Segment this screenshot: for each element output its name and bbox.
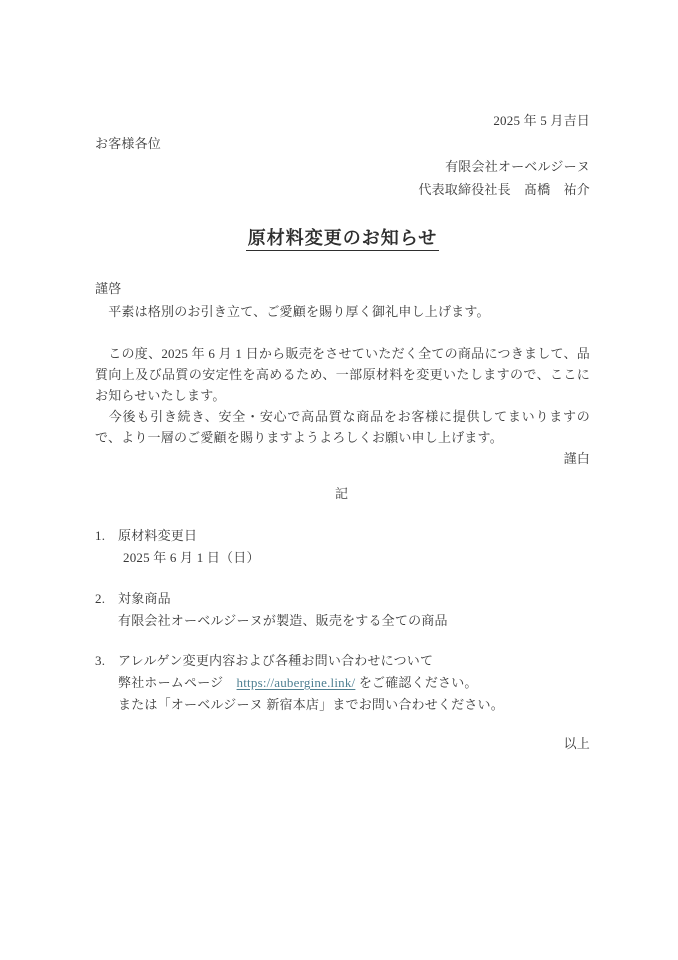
item-heading: 対象商品	[118, 591, 171, 606]
record-marker: 記	[95, 483, 590, 505]
item-number: 1.	[95, 525, 118, 547]
body-paragraph-2: 今後も引き続き、安全・安心で高品質な商品をお客様に提供してまいりますので、より一…	[95, 406, 590, 448]
item-heading: アレルゲン変更内容および各種お問い合わせについて	[118, 653, 433, 668]
homepage-label: 弊社ホームページ	[118, 675, 237, 690]
list-item-change-date: 1.原材料変更日 2025 年 6 月 1 日（日）	[95, 525, 590, 569]
item-number: 2.	[95, 588, 118, 610]
confirm-text: をご確認ください。	[355, 675, 477, 690]
item-heading: 原材料変更日	[118, 528, 197, 543]
list-item-allergen-contact: 3.アレルゲン変更内容および各種お問い合わせについて 弊社ホームページ http…	[95, 650, 590, 716]
item-heading-row: 3.アレルゲン変更内容および各種お問い合わせについて	[95, 650, 590, 672]
item-detail-homepage: 弊社ホームページ https://aubergine.link/ をご確認くださ…	[95, 672, 590, 694]
document-page: 2025 年 5 月吉日 お客様各位 有限会社オーベルジーヌ 代表取締役社長 髙…	[0, 0, 678, 960]
item-heading-row: 1.原材料変更日	[95, 525, 590, 547]
end-marker: 以上	[95, 733, 590, 755]
item-detail-store-contact: または「オーベルジーヌ 新宿本店」までお問い合わせください。	[95, 694, 590, 716]
item-detail: 有限会社オーベルジーヌが製造、販売をする全ての商品	[95, 610, 590, 632]
salutation-closing: 謹白	[95, 448, 590, 470]
homepage-link[interactable]: https://aubergine.link/	[237, 675, 356, 690]
greeting-line: 平素は格別のお引き立て、ご愛顧を賜り厚く御礼申し上げます。	[95, 300, 590, 323]
body-paragraph-1: この度、2025 年 6 月 1 日から販売をさせていただく全ての商品につきまし…	[95, 343, 590, 406]
salutation-opening: 謹啓	[95, 277, 590, 300]
list-item-target-products: 2.対象商品 有限会社オーベルジーヌが製造、販売をする全ての商品	[95, 588, 590, 632]
item-detail: 2025 年 6 月 1 日（日）	[95, 547, 590, 569]
document-title-text: 原材料変更のお知らせ	[246, 228, 439, 251]
recipient: お客様各位	[95, 132, 590, 155]
company-name: 有限会社オーベルジーヌ	[95, 155, 590, 178]
document-date: 2025 年 5 月吉日	[95, 109, 590, 132]
document-title: 原材料変更のお知らせ	[95, 225, 590, 251]
signer-name: 代表取締役社長 髙橋 祐介	[95, 178, 590, 201]
item-number: 3.	[95, 650, 118, 672]
item-heading-row: 2.対象商品	[95, 588, 590, 610]
